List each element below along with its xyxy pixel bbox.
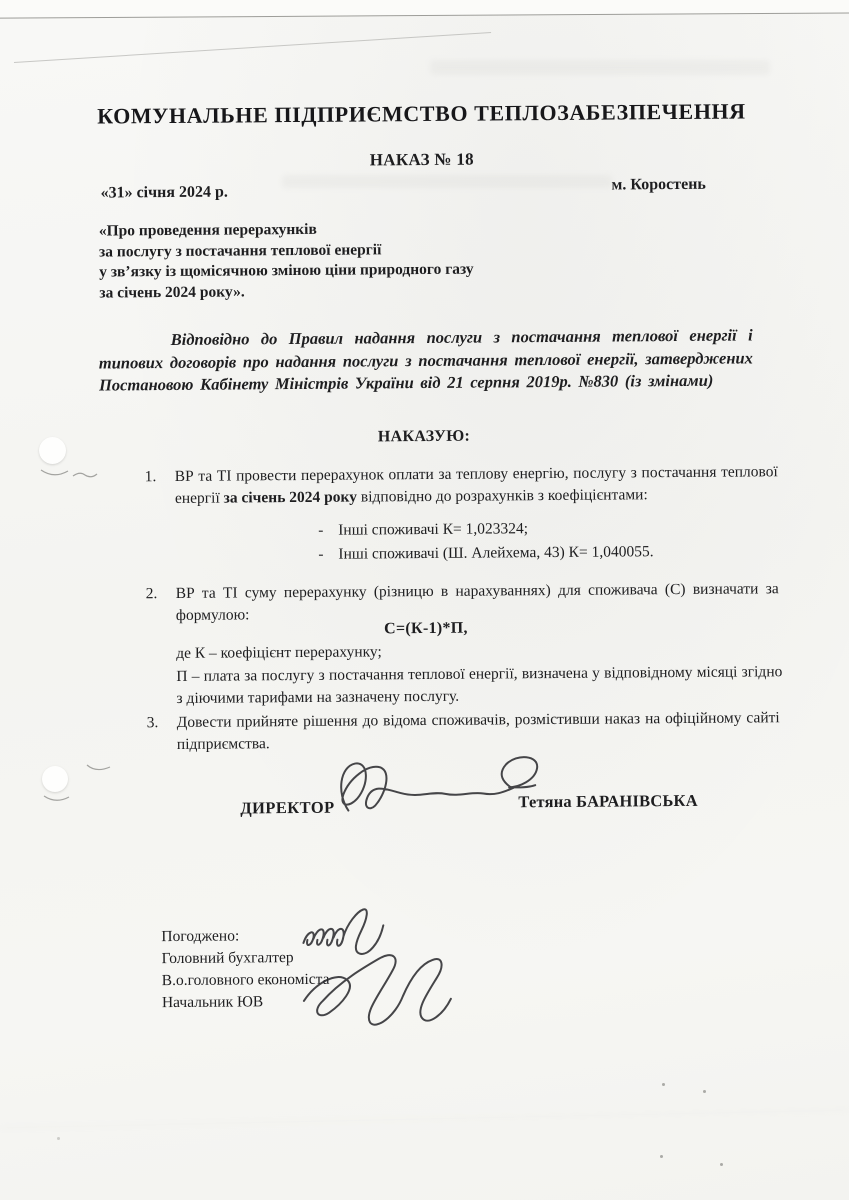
bullet-dash: - [318,546,338,564]
scanned-order-document: КОМУНАЛЬНЕ ПІДПРИЄМСТВО ТЕПЛОЗАБЕЗПЕЧЕНН… [0,0,849,1200]
coefficient-text: Інші споживачі К= 1,023324; [338,520,528,538]
item-number: 2. [146,583,158,605]
recalculation-formula: С=(К-1)*П, [146,618,706,640]
formula-note-k: де К – коефіцієнт перерахунку; [176,640,786,663]
item-number: 1. [145,466,157,488]
economist-legal-signature [291,938,460,1031]
director-signature [328,749,551,827]
formula-note-p: П – плата за послугу з постачання теплов… [176,661,782,710]
item-number: 3. [147,712,159,734]
coefficient-list-item: -Інші споживачі К= 1,023324; [318,520,528,540]
bullet-dash: - [318,522,338,540]
item-text-bold: за січень 2024 року [224,489,358,507]
coefficient-list-item: -Інші споживачі (Ш. Алейхема, 43) К= 1,0… [318,543,653,564]
company-title: КОМУНАЛЬНЕ ПІДПРИЄМСТВО ТЕПЛОЗАБЕЗПЕЧЕНН… [0,98,846,131]
item-text: Довести прийняте рішення до відома спожи… [177,709,780,753]
legal-preamble: Відповідно до Правил надання послуги з п… [99,324,754,397]
order-city: м. Коростень [611,176,705,195]
item-text: відповідно до розрахунків з коефіцієнтам… [357,486,648,505]
subject-line: за січень 2024 року». [99,279,619,304]
resolution-heading: НАКАЗУЮ: [0,425,849,450]
order-date: «31» січня 2024 р. [100,184,227,203]
director-label: ДИРЕКТОР [240,798,334,819]
coefficient-text: Інші споживачі (Ш. Алейхема, 43) К= 1,04… [338,543,653,562]
order-item-1: 1. ВР та ТІ провести перерахунок оплати … [145,461,778,510]
order-number-heading: НАКАЗ № 18 [0,147,846,174]
order-subject: «Про проведення перерахунків за послугу … [99,217,620,303]
